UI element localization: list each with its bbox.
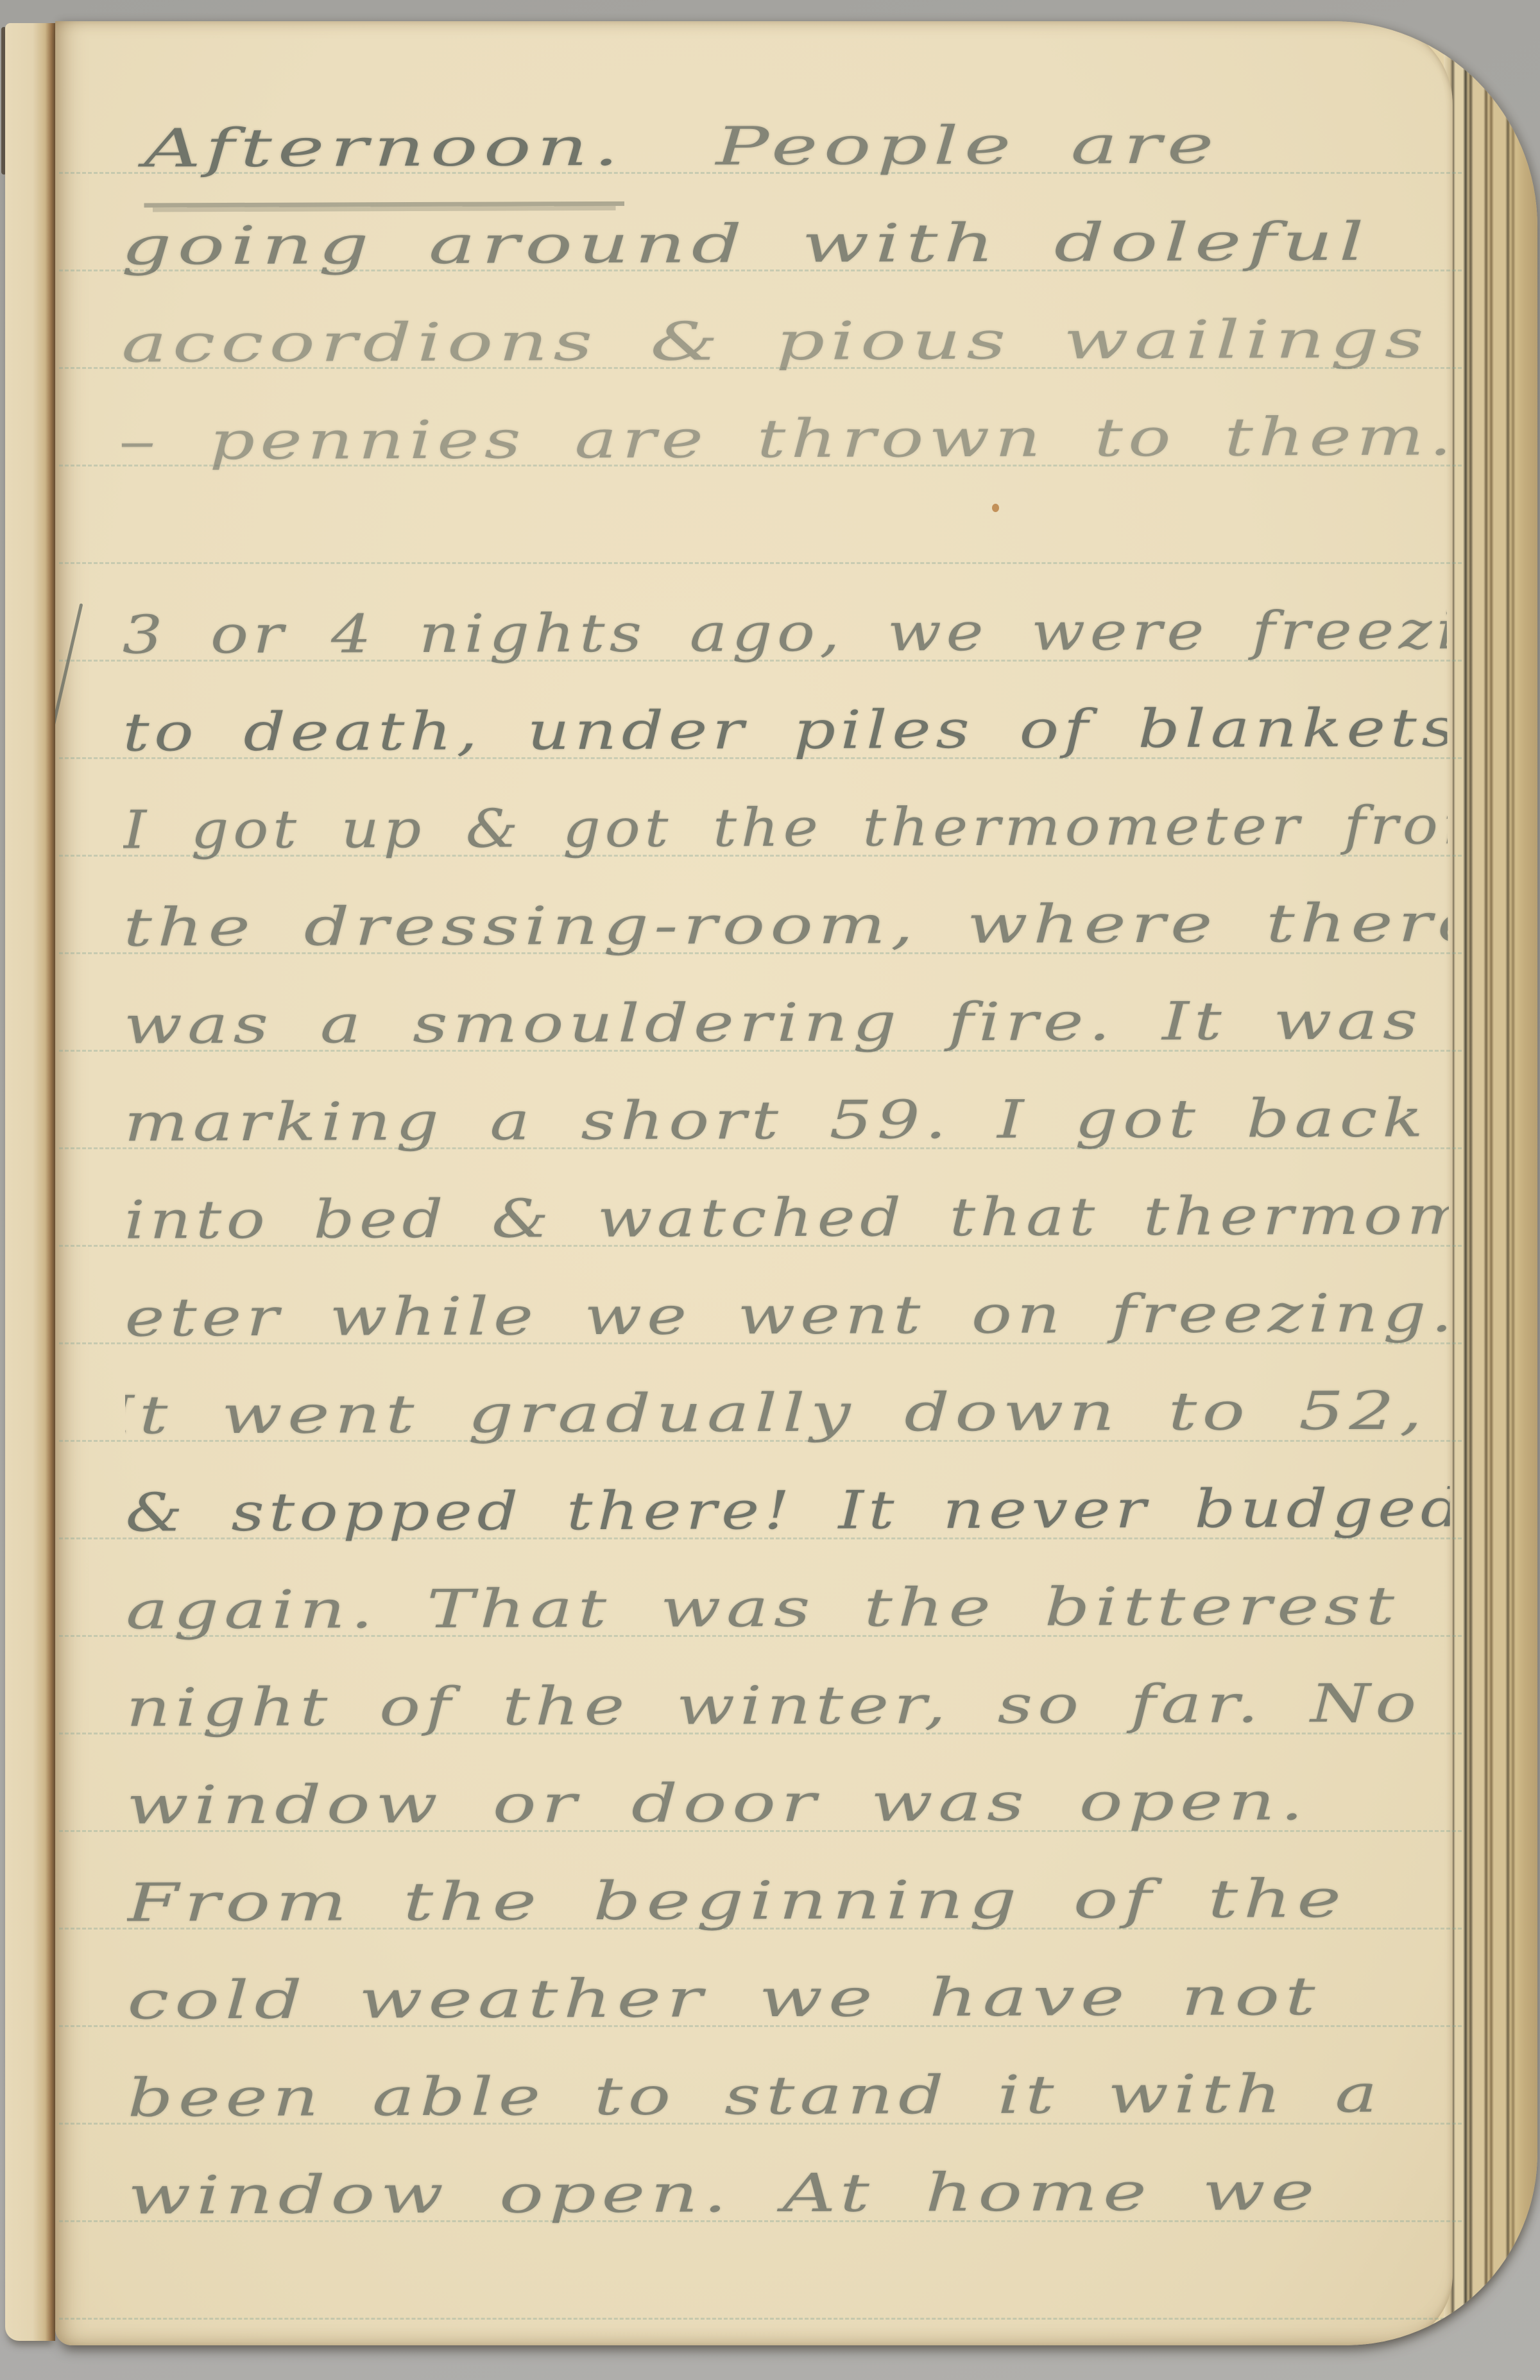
handwritten-line: window or door was open.	[126, 1751, 1453, 1855]
handwritten-text: People are	[715, 115, 1219, 178]
handwritten-line: to death, under piles of blankets.	[123, 679, 1453, 782]
handwritten-line: — pennies are thrown to them.	[121, 387, 1453, 491]
handwritten-line: window open. At home we	[128, 2141, 1453, 2245]
handwritten-line: accordions & pious wailings	[121, 289, 1453, 393]
handwritten-line: the dressing-room, where there	[123, 873, 1453, 977]
underlined-word: Afternoon.	[144, 99, 624, 208]
handwritten-line: I got up & got the thermometer from	[123, 777, 1453, 880]
handwritten-line: marking a short 59. I got back	[124, 1068, 1453, 1172]
handwritten-line: been able to stand it with a	[128, 2044, 1453, 2148]
handwritten-line: & stopped there! It never budged	[125, 1459, 1453, 1562]
handwritten-line: Afternoon.People are	[144, 96, 1453, 198]
handwritten-line: cold weather we have not	[127, 1946, 1453, 2050]
handwritten-line: eter while we went on freezing.	[124, 1263, 1453, 1367]
notebook-page-block: Afternoon.People are going around with d…	[55, 21, 1537, 2345]
handwritten-line: into bed & watched that thermom-	[124, 1167, 1453, 1270]
facing-page-edge	[5, 23, 55, 2341]
handwritten-line: It went gradually down to 52,	[121, 1361, 1453, 1465]
handwritten-line: 3 or 4 nights ago, we were freezing	[123, 581, 1453, 685]
scan-background: Afternoon.People are going around with d…	[0, 0, 1540, 2380]
handwritten-line: going around with doleful	[121, 191, 1453, 296]
handwriting: Afternoon.People are going around with d…	[121, 96, 1453, 2334]
handwritten-line: was a smouldering fire. It was	[124, 971, 1453, 1074]
handwritten-line: again. That was the bitterest	[126, 1556, 1453, 1660]
handwritten-line: From the beginning of the	[126, 1848, 1453, 1952]
handwritten-line: night of the winter, so far. No	[126, 1654, 1453, 1757]
